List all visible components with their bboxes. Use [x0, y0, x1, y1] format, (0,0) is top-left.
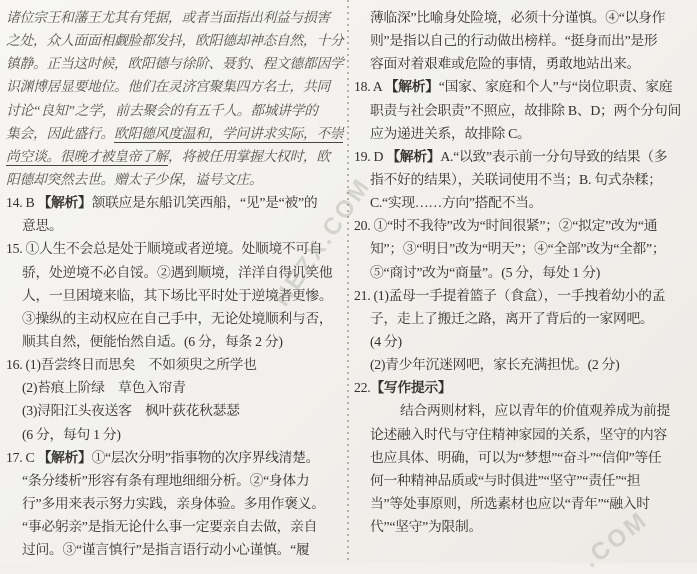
text-line: “事必躬亲”是指无论什么事一定要亲自去做，亲自	[6, 515, 348, 538]
text-segment: 颔联应是东船讥笑西船，“见”是“被”的	[92, 195, 318, 210]
text-line: 17. C 【解析】①“层次分明”指事物的次序界线清楚。	[6, 446, 348, 469]
text-segment: 结合两则材料，应以青年的价值观养成为前提	[400, 403, 670, 418]
text-segment: A.“以致”表示前一分句导致的结果（多	[440, 149, 667, 164]
text-line: 骄，处逆境不必自馁。②遇到顺境，洋洋自得讥笑他	[6, 261, 348, 284]
underlined-text: 欧阳德风度温和，学问讲求实际，不崇	[114, 126, 343, 143]
text-segment: ⑤“商讨”改为“商量”。(5 分，每处 1 分)	[370, 265, 600, 280]
text-segment: (4 分)	[370, 334, 402, 349]
text-line: 22.【写作提示】	[354, 376, 696, 399]
text-segment: 18. A	[354, 79, 385, 94]
bold-marker-text: 【写作提示】	[370, 380, 451, 395]
text-segment: 22.	[354, 380, 370, 395]
text-segment: 指不好的结果），关联词使用不当；B. 句式杂糅；	[370, 172, 662, 187]
text-segment: 行”多用来表示努力实践，亲身体验。多用作褒义。	[22, 496, 325, 511]
bold-marker-text: 【解析】	[38, 195, 92, 210]
text-segment: 容面对着艰难或危险的事情，勇敢地站出来。	[370, 56, 640, 71]
text-line: 容面对着艰难或危险的事情，勇敢地站出来。	[354, 52, 696, 75]
text-segment: ①“层次分明”指事物的次序界线清楚。	[92, 450, 320, 465]
text-segment: 16. (1)吾尝终日而思矣 不如须臾之所学也	[6, 357, 257, 372]
text-segment: 子，走上了搬迁之路，离开了背后的一家网吧。	[370, 311, 653, 326]
text-segment: 论述融入时代与守住精神家园的关系，坚守的内容	[370, 427, 667, 442]
text-segment: 代”“坚守”为限制。	[370, 519, 482, 534]
answer-column-right: 薄临深”比喻身处险境，必须十分谨慎。④“以身作则”是指以自己的行动做出榜样。“挺…	[354, 6, 696, 538]
text-line: 代”“坚守”为限制。	[354, 515, 696, 538]
text-line: 指不好的结果），关联词使用不当；B. 句式杂糅；	[354, 168, 696, 191]
text-segment: 应为递进关系，故排除 C。	[370, 126, 531, 141]
text-segment: 人，一旦困境来临，其下场比平时处于逆境者更惨。	[22, 288, 332, 303]
text-segment: ③操纵的主动权应在自己手中，无论处境顺利与否，	[22, 311, 332, 326]
text-line: 尚空谈。很晚才被皇帝了解，将被任用掌握大权时，欧	[6, 145, 348, 168]
text-line: C.“实现……方向”搭配不当。	[354, 191, 696, 214]
text-line: 行”多用来表示努力实践，亲身体验。多用作褒义。	[6, 492, 348, 515]
text-segment: “事必躬亲”是指无论什么事一定要亲自去做，亲自	[22, 519, 317, 534]
text-line: 之处，众人面面相觑脸都发抖，欧阳德却神态自然，十分	[6, 29, 348, 52]
text-segment: 17. C	[6, 450, 38, 465]
text-line: 16. (1)吾尝终日而思矣 不如须臾之所学也	[6, 353, 348, 376]
text-segment: 何一种精神品质或“与时俱进”“坚守”“责任”“担	[370, 473, 640, 488]
text-segment: 骄，处逆境不必自馁。②遇到顺境，洋洋自得讥笑他	[22, 265, 332, 280]
text-line: 结合两则材料，应以青年的价值观养成为前提	[354, 399, 696, 422]
text-line: 薄临深”比喻身处险境，必须十分谨慎。④“以身作	[354, 6, 696, 29]
text-line: (2)青少年沉迷网吧，家长充满担忧。(2 分)	[354, 353, 696, 376]
text-line: 18. A 【解析】“国家、家庭和个人”与“岗位职责、家庭	[354, 75, 696, 98]
text-line: 讨论“良知”之学，前去聚会的有五千人。都城讲学的	[6, 99, 348, 122]
underlined-text: 尚空谈。很晚才被皇帝了解	[6, 149, 168, 166]
text-segment: 之处，众人面面相觑脸都发抖，欧阳德却神态自然，十分	[6, 33, 343, 48]
text-segment: 当”等处事原则，所选素材也应以“青年”“融入时	[370, 496, 650, 511]
text-segment: 薄临深”比喻身处险境，必须十分谨慎。④“以身作	[370, 10, 665, 25]
text-line: 21. (1)孟母一手提着篮子（食盒），一手拽着幼小的孟	[354, 284, 696, 307]
text-line: 应为递进关系，故排除 C。	[354, 122, 696, 145]
text-line: 20. ①“时不我待”改为“时间很紧”；②“拟定”改为“通	[354, 214, 696, 237]
text-line: 知”；③“明日”改为“明天”；④“全部”改为“全都”；	[354, 237, 696, 260]
text-segment: “条分缕析”形容有条有理地细细分析。②“身体力	[22, 473, 309, 488]
text-line: 过问。③“谨言慎行”是指言语行动小心谨慎。“履	[6, 538, 348, 561]
text-segment: 职责与社会职责”不照应，故排除 B、D；两个分句间	[370, 103, 681, 118]
text-line: “条分缕析”形容有条有理地细细分析。②“身体力	[6, 469, 348, 492]
text-line: 意思。	[6, 214, 348, 237]
text-line: 也应具体、明确，可以为“梦想”“奋斗”“信仰”等任	[354, 446, 696, 469]
text-segment: (2)青少年沉迷网吧，家长充满担忧。(2 分)	[370, 357, 619, 372]
text-line: ③操纵的主动权应在自己手中，无论处境顺利与否，	[6, 307, 348, 330]
text-segment: 集会，因此盛行。	[6, 126, 114, 141]
text-line: (6 分，每句 1 分)	[6, 423, 348, 446]
text-segment: (2)苔痕上阶绿 草色入帘青	[22, 380, 186, 395]
bold-marker-text: 【解析】	[385, 79, 439, 94]
text-line: 诸位宗王和藩王尤其有凭据，或者当面指出利益与损害	[6, 6, 348, 29]
text-segment: 知”；③“明日”改为“明天”；④“全部”改为“全都”；	[370, 241, 665, 256]
text-segment: 意思。	[22, 218, 63, 233]
text-segment: C.“实现……方向”搭配不当。	[370, 195, 542, 210]
text-segment: 识渊博居显要地位。他们在灵济宫聚集四方名士，共同	[6, 79, 330, 94]
text-segment: 15. ①人生不会总是处于顺境或者逆境。处顺境不可自	[6, 241, 322, 256]
text-segment: 阳德却突然去世。赠太子少保，谥号文庄。	[6, 172, 262, 187]
text-line: (2)苔痕上阶绿 草色入帘青	[6, 376, 348, 399]
text-line: 顺其自然，便能怡然自适。(6 分，每条 2 分)	[6, 330, 348, 353]
text-segment: 讨论“良知”之学，前去聚会的有五千人。都城讲学的	[6, 103, 318, 118]
bold-marker-text: 【解析】	[38, 450, 92, 465]
scanned-answer-sheet-page: 诸位宗王和藩王尤其有凭据，或者当面指出利益与损害之处，众人面面相觑脸都发抖，欧阳…	[0, 0, 697, 563]
text-segment: ，将被任用掌握大权时，欧	[168, 149, 330, 164]
text-line: 子，走上了搬迁之路，离开了背后的一家网吧。	[354, 307, 696, 330]
text-line: 当”等处事原则，所选素材也应以“青年”“融入时	[354, 492, 696, 515]
text-line: 职责与社会职责”不照应，故排除 B、D；两个分句间	[354, 99, 696, 122]
text-segment: 也应具体、明确，可以为“梦想”“奋斗”“信仰”等任	[370, 450, 661, 465]
text-line: 何一种精神品质或“与时俱进”“坚守”“责任”“担	[354, 469, 696, 492]
answer-column-left: 诸位宗王和藩王尤其有凭据，或者当面指出利益与损害之处，众人面面相觑脸都发抖，欧阳…	[6, 6, 348, 561]
text-line: 19. D 【解析】A.“以致”表示前一分句导致的结果（多	[354, 145, 696, 168]
text-segment: 诸位宗王和藩王尤其有凭据，或者当面指出利益与损害	[6, 10, 330, 25]
text-segment: (3)浔阳江头夜送客 枫叶荻花秋瑟瑟	[22, 403, 240, 418]
text-line: (4 分)	[354, 330, 696, 353]
text-segment: 顺其自然，便能怡然自适。(6 分，每条 2 分)	[22, 334, 283, 349]
text-segment: 14. B	[6, 195, 38, 210]
text-line: ⑤“商讨”改为“商量”。(5 分，每处 1 分)	[354, 261, 696, 284]
text-line: 镇静。正当这时候，欧阳德与徐阶、聂豹、程文德都因学	[6, 52, 348, 75]
text-line: (3)浔阳江头夜送客 枫叶荻花秋瑟瑟	[6, 399, 348, 422]
text-segment: “国家、家庭和个人”与“岗位职责、家庭	[439, 79, 672, 94]
text-line: 15. ①人生不会总是处于顺境或者逆境。处顺境不可自	[6, 237, 348, 260]
text-segment: 过问。③“谨言慎行”是指言语行动小心谨慎。“履	[22, 542, 309, 557]
text-segment: (6 分，每句 1 分)	[22, 427, 121, 442]
text-line: 人，一旦困境来临，其下场比平时处于逆境者更惨。	[6, 284, 348, 307]
text-line: 14. B 【解析】颔联应是东船讥笑西船，“见”是“被”的	[6, 191, 348, 214]
text-line: 集会，因此盛行。欧阳德风度温和，学问讲求实际，不崇	[6, 122, 348, 145]
text-segment: 则”是指以自己的行动做出榜样。“挺身而出”是形	[370, 33, 657, 48]
text-segment: 19. D	[354, 149, 386, 164]
text-line: 识渊博居显要地位。他们在灵济宫聚集四方名士，共同	[6, 75, 348, 98]
text-segment: 镇静。正当这时候，欧阳德与徐阶、聂豹、程文德都因学	[6, 56, 343, 71]
text-line: 论述融入时代与守住精神家园的关系，坚守的内容	[354, 423, 696, 446]
text-segment: 20. ①“时不我待”改为“时间很紧”；②“拟定”改为“通	[354, 218, 657, 233]
text-line: 则”是指以自己的行动做出榜样。“挺身而出”是形	[354, 29, 696, 52]
text-segment: 21. (1)孟母一手提着篮子（食盒），一手拽着幼小的孟	[354, 288, 665, 303]
text-line: 阳德却突然去世。赠太子少保，谥号文庄。	[6, 168, 348, 191]
bold-marker-text: 【解析】	[386, 149, 440, 164]
